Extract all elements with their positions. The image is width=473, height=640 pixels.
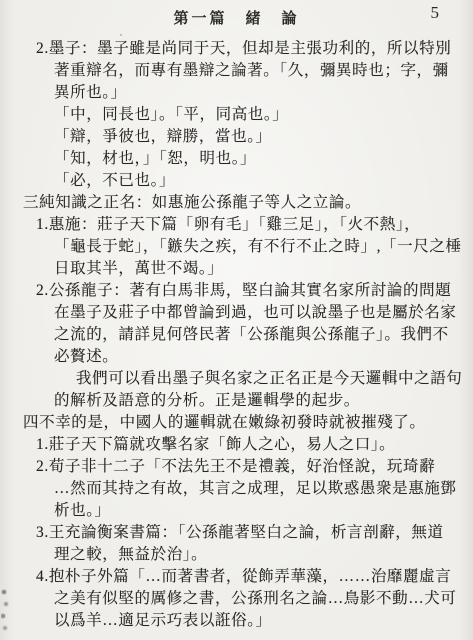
scan-speck-artifact [60, 624, 63, 626]
text-line: 的解析及語意的分析。正是邏輯學的起步。 [0, 390, 473, 412]
text-line: 必贅述。 [0, 346, 473, 368]
page-body: 2.墨子：墨子雖是尚同于天，但却是主張功利的，所以特別 著重辯名，而專有墨辯之論… [0, 35, 473, 632]
text-line: 「龜長于蛇」，「鏃失之疾，有不行不止之時」,「一尺之棰 [0, 236, 473, 258]
scan-speck-artifact [120, 34, 122, 36]
text-line: 「必，不已也。」 [0, 170, 473, 192]
text-line: 著重辯名，而專有墨辯之論著。「久，彌異時也；字，彌 [0, 60, 473, 82]
text-line: 「中，同長也」。「平，同高也。」 [0, 104, 473, 126]
text-line: 以爲羊…適足示巧表以誑俗。」 [0, 610, 473, 632]
page-header: 第一篇 緒 論 5 [0, 0, 473, 35]
text-line: 「知，材也，」「恕，明也。」 [0, 148, 473, 170]
text-line: 之流的，請詳見何啓民著「公孫龍與公孫龍子」。我們不 [0, 324, 473, 346]
text-line: 2.墨子：墨子雖是尚同于天，但却是主張功利的，所以特別 [0, 38, 473, 60]
text-line: 2.荀子非十二子「不法先王不是禮義，好治怪說，玩琦辭 [0, 456, 473, 478]
scanned-book-page: 第一篇 緒 論 5 2.墨子：墨子雖是尚同于天，但却是主張功利的，所以特別 著重… [0, 0, 473, 640]
text-line: 在墨子及莊子中都曾論到過，也可以說墨子也是屬於名家 [0, 302, 473, 324]
text-line: 1.莊子天下篇就攻擊名家「飾人之心，易人之口」。 [0, 434, 473, 456]
text-line: 3.王充論衡案書篇：「公孫龍著堅白之論，析言剖辭，無道 [0, 522, 473, 544]
text-line: 我們可以看出墨子與名家之正名正是今天邏輯中之語句 [0, 368, 473, 390]
text-line: 之美有似堅的厲修之書，公孫刑名之論…鳥影不動…犬可 [0, 588, 473, 610]
text-line: 1.惠施：莊子天下篇「卵有毛」「雞三足」，「火不熱」， [0, 214, 473, 236]
text-line: 四不幸的是，中國人的邏輯就在嫩綠初發時就被摧殘了。 [0, 412, 473, 434]
text-line: 日取其半，萬世不竭。」 [0, 258, 473, 280]
text-line: 析也。」 [0, 500, 473, 522]
scan-speck-artifact [442, 300, 444, 302]
text-line: 4.抱朴子外篇「…而著書者，從飾弄華藻，……治靡麗虛言 [0, 566, 473, 588]
text-line: 異所也。」 [0, 82, 473, 104]
text-line: 三純知識之正名：如惠施公孫龍子等人之立論。 [0, 192, 473, 214]
text-line: 2.公孫龍子：著有白馬非馬，堅白論其實名家所討論的問題 [0, 280, 473, 302]
text-line: 理之較，無益於治」。 [0, 544, 473, 566]
text-line: 「辯，爭彼也，辯勝，當也。」 [0, 126, 473, 148]
page-number: 5 [431, 3, 440, 23]
chapter-title: 第一篇 緒 論 [0, 7, 473, 28]
text-line: …然而其持之有故，其言之成理，足以欺惑愚衆是惠施鄧 [0, 478, 473, 500]
scan-smudge-artifact [1, 586, 9, 632]
